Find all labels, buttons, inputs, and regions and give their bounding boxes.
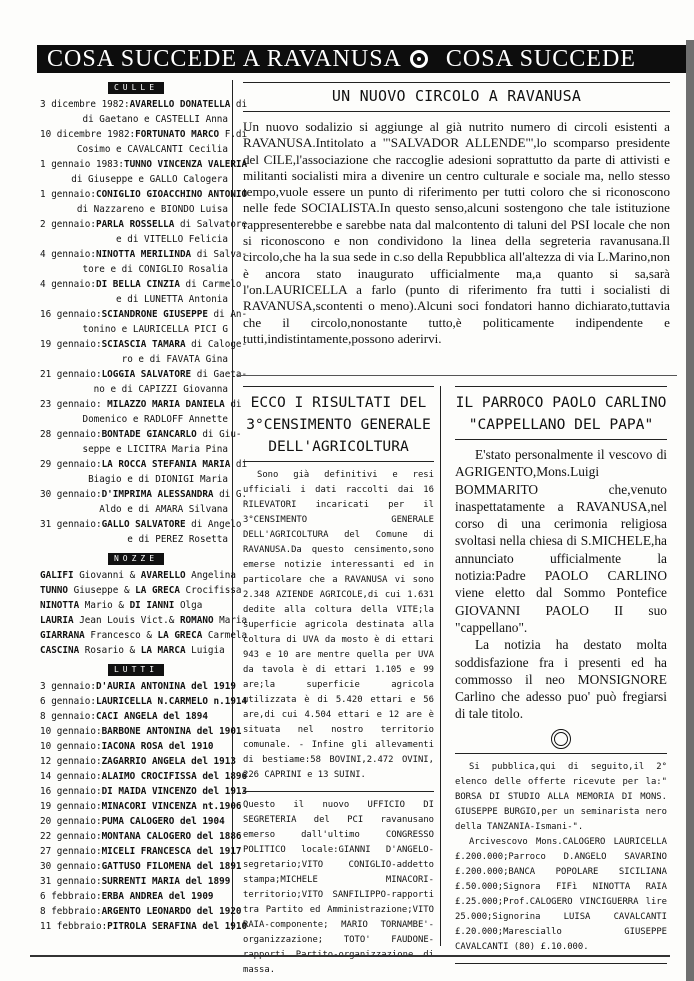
birth-date: 1 gennaio: xyxy=(40,189,96,200)
wedding-part: LA GRECA xyxy=(135,585,180,596)
deaths-list: 3 gennaio:D'AURIA ANTONINA del 19196 gen… xyxy=(40,679,232,934)
wedding-part: Giuseppe & xyxy=(68,585,135,596)
birth-line-1: 10 dicembre 1982:FORTUNATO MARCO F.di xyxy=(40,127,228,142)
birth-entry: 10 dicembre 1982:FORTUNATO MARCO F.diCos… xyxy=(40,127,232,157)
death-name: DI MAIDA VINCENZO del 1913 xyxy=(102,786,248,797)
death-name: ZAGARRIO ANGELA del 1913 xyxy=(102,756,236,767)
birth-line-2: di Nazzareno e BIONDO Luisa xyxy=(40,202,228,217)
death-entry: 12 gennaio:ZAGARRIO ANGELA del 1913 xyxy=(40,754,232,769)
birth-line-1: 19 gennaio:SCIASCIA TAMARA di Caloge- xyxy=(40,337,228,352)
article-title: ECCO I RISULTATI DEL 3°CENSIMENTO GENERA… xyxy=(243,387,434,461)
birth-line-1: 30 gennaio:D'IMPRIMA ALESSANDRA di G. xyxy=(40,487,228,502)
death-name: LAURICELLA N.CARMELO n.1914 xyxy=(96,696,247,707)
wedding-entry: LAURIA Jean Louis Vict.& ROMANO Maria xyxy=(40,613,232,628)
death-entry: 11 febbraio:PITROLA SERAFINA del 1910 xyxy=(40,919,232,934)
wedding-part: Crocifissa xyxy=(180,585,242,596)
birth-line-2: di Gaetano e CASTELLI Anna xyxy=(40,112,228,127)
birth-entry: 16 gennaio:SCIANDRONE GIUSEPPE di An-ton… xyxy=(40,307,232,337)
weddings-list: GALIFI Giovanni & AVARELLO AngelinaTUNNO… xyxy=(40,568,232,658)
birth-line-2: e di LUNETTA Antonia xyxy=(40,292,228,307)
birth-date: 16 gennaio: xyxy=(40,309,102,320)
birth-parents: di Giu- xyxy=(197,429,242,440)
birth-line-1: 29 gennaio:LA ROCCA STEFANIA MARIA di xyxy=(40,457,228,472)
birth-line-1: 16 gennaio:SCIANDRONE GIUSEPPE di An- xyxy=(40,307,228,322)
death-entry: 10 gennaio:IACONA ROSA del 1910 xyxy=(40,739,232,754)
death-entry: 19 gennaio:MINACORI VINCENZA nt.1906 xyxy=(40,799,232,814)
wedding-part: LA MARCA xyxy=(141,645,186,656)
death-name: MONTANA CALOGERO del 1886 xyxy=(102,831,242,842)
birth-name: NINOTTA MERILINDA xyxy=(96,249,191,260)
birth-parents: di An- xyxy=(208,309,247,320)
wedding-part: Carmela xyxy=(202,630,247,641)
death-name: ERBA ANDREA del 1909 xyxy=(102,891,214,902)
wedding-part: CASCINA xyxy=(40,645,79,656)
death-name: IACONA ROSA del 1910 xyxy=(102,741,214,752)
birth-entry: 28 gennaio:BONTADE GIANCARLO di Giu-sepp… xyxy=(40,427,232,457)
birth-name: CONIGLIO GIOACCHINO ANTONIO xyxy=(96,189,247,200)
birth-line-2: e di PEREZ Rosetta xyxy=(40,532,228,547)
wedding-entry: NINOTTA Mario & DI IANNI Olga xyxy=(40,598,232,613)
birth-line-2: tonino e LAURICELLA PICI G xyxy=(40,322,228,337)
birth-line-2: Biagio e di DIONIGI Maria xyxy=(40,472,228,487)
birth-entry: 4 gennaio:NINOTTA MERILINDA di Salva-tor… xyxy=(40,247,232,277)
death-name: ARGENTO LEONARDO del 1920 xyxy=(102,906,242,917)
birth-line-2: Cosimo e CAVALCANTI Cecilia xyxy=(40,142,228,157)
birth-line-2: seppe e LICITRA Maria Pina xyxy=(40,442,228,457)
wedding-part: Olga xyxy=(174,600,202,611)
death-entry: 30 gennaio:GATTUSO FILOMENA del 1891 xyxy=(40,859,232,874)
birth-date: 3 dicembre 1982: xyxy=(40,99,130,110)
divider xyxy=(237,375,677,376)
article-title: UN NUOVO CIRCOLO A RAVANUSA xyxy=(243,83,670,111)
pci-notice-body: Questo il nuovo UFFICIO DI SEGRETERIA de… xyxy=(243,792,434,978)
birth-entry: 4 gennaio:DI BELLA CINZIA di Carmeloe di… xyxy=(40,277,232,307)
death-entry: 8 febbraio:ARGENTO LEONARDO del 1920 xyxy=(40,904,232,919)
birth-line-1: 1 gennaio:CONIGLIO GIOACCHINO ANTONIO xyxy=(40,187,228,202)
wedding-part: LAURIA xyxy=(40,615,74,626)
masthead-title-repeat: COSA SUCCEDE xyxy=(446,46,636,73)
article-parroco: IL PARROCO PAOLO CARLINO "CAPPELLANO DEL… xyxy=(455,386,667,964)
birth-entry: 1 gennaio 1983:TUNNO VINCENZA VALERIAdi … xyxy=(40,157,232,187)
births-list: 3 dicembre 1982:AVARELLO DONATELLA didi … xyxy=(40,97,232,547)
birth-line-2: di Giuseppe e GALLO Calogera xyxy=(40,172,228,187)
wedding-entry: GALIFI Giovanni & AVARELLO Angelina xyxy=(40,568,232,583)
birth-line-1: 23 gennaio: MILAZZO MARIA DANIELA di xyxy=(40,397,228,412)
death-entry: 20 gennaio:PUMA CALOGERO del 1904 xyxy=(40,814,232,829)
birth-name: PARLA ROSSELLA xyxy=(96,219,174,230)
birth-line-2: e di VITELLO Felicia xyxy=(40,232,228,247)
birth-date: 10 dicembre 1982: xyxy=(40,129,135,140)
birth-entry: 19 gennaio:SCIASCIA TAMARA di Caloge-ro … xyxy=(40,337,232,367)
birth-name: D'IMPRIMA ALESSANDRA xyxy=(102,489,214,500)
birth-entry: 1 gennaio:CONIGLIO GIOACCHINO ANTONIOdi … xyxy=(40,187,232,217)
ornament-icon xyxy=(551,729,571,749)
target-emblem-icon xyxy=(410,50,428,68)
masthead-title: COSA SUCCEDE A RAVANUSA xyxy=(47,46,402,73)
birth-date: 31 gennaio: xyxy=(40,519,102,530)
birth-name: BONTADE GIANCARLO xyxy=(102,429,197,440)
wedding-entry: GIARRANA Francesco & LA GRECA Carmela xyxy=(40,628,232,643)
article-title: IL PARROCO PAOLO CARLINO "CAPPELLANO DEL… xyxy=(455,387,667,439)
death-name: PITROLA SERAFINA del 1910 xyxy=(107,921,247,932)
birth-entry: 2 gennaio:PARLA ROSSELLA di Salvatoree d… xyxy=(40,217,232,247)
birth-line-2: ro e di FAVATA Gina xyxy=(40,352,228,367)
death-entry: 8 gennaio:CACI ANGELA del 1894 xyxy=(40,709,232,724)
death-entry: 16 gennaio:DI MAIDA VINCENZO del 1913 xyxy=(40,784,232,799)
birth-line-1: 4 gennaio:NINOTTA MERILINDA di Salva- xyxy=(40,247,228,262)
offerte-intro: Si pubblica,qui di seguito,il 2° elenco … xyxy=(455,754,667,835)
wedding-part: Angelina xyxy=(186,570,236,581)
birth-line-2: Aldo e di AMARA Silvana xyxy=(40,502,228,517)
birth-entry: 23 gennaio: MILAZZO MARIA DANIELA diDome… xyxy=(40,397,232,427)
birth-parents: di Caloge- xyxy=(186,339,248,350)
death-name: ALAIMO CROCIFISSA del 1896 xyxy=(102,771,248,782)
birth-name: GALLO SALVATORE xyxy=(102,519,186,530)
death-entry: 6 febbraio:ERBA ANDREA del 1909 xyxy=(40,889,232,904)
birth-parents: di Salva- xyxy=(191,249,247,260)
birth-date: 19 gennaio: xyxy=(40,339,102,350)
article-circolo: UN NUOVO CIRCOLO A RAVANUSA Un nuovo sod… xyxy=(243,82,670,347)
death-entry: 3 gennaio:D'AURIA ANTONINA del 1919 xyxy=(40,679,232,694)
death-name: PUMA CALOGERO del 1904 xyxy=(102,816,225,827)
birth-name: SCIASCIA TAMARA xyxy=(102,339,186,350)
birth-name: LOGGIA SALVATORE xyxy=(102,369,192,380)
birth-line-1: 31 gennaio:GALLO SALVATORE di Angelo xyxy=(40,517,228,532)
birth-date: 1 gennaio 1983: xyxy=(40,159,124,170)
birth-date: 4 gennaio: xyxy=(40,249,96,260)
section-badge-culle: CULLE xyxy=(108,82,164,94)
bottom-rule xyxy=(30,955,670,957)
birth-entry: 21 gennaio:LOGGIA SALVATORE di Gaeta-no … xyxy=(40,367,232,397)
birth-name: LA ROCCA STEFANIA MARIA xyxy=(102,459,231,470)
section-badge-nozze: NOZZE xyxy=(108,553,164,565)
birth-line-2: tore e di CONIGLIO Rosalia xyxy=(40,262,228,277)
birth-name: SCIANDRONE GIUSEPPE xyxy=(102,309,208,320)
birth-name: FORTUNATO MARCO xyxy=(135,129,219,140)
article-body: E'stato personalmente il vescovo di AGRI… xyxy=(455,446,667,636)
birth-line-1: 2 gennaio:PARLA ROSSELLA di Salvatore xyxy=(40,217,228,232)
wedding-part: LA GRECA xyxy=(158,630,203,641)
death-entry: 31 gennaio:SURRENTI MARIA del 1899 xyxy=(40,874,232,889)
birth-date: 2 gennaio: xyxy=(40,219,96,230)
birth-line-2: no e di CAPIZZI Giovanna xyxy=(40,382,228,397)
death-entry: 10 gennaio:BARBONE ANTONINA del 1901 xyxy=(40,724,232,739)
wedding-part: GALIFI xyxy=(40,570,74,581)
birth-date: 28 gennaio: xyxy=(40,429,102,440)
wedding-part: ROMANO xyxy=(180,615,214,626)
birth-name: AVARELLO DONATELLA xyxy=(130,99,231,110)
death-name: SURRENTI MARIA del 1899 xyxy=(102,876,231,887)
birth-line-1: 4 gennaio:DI BELLA CINZIA di Carmelo xyxy=(40,277,228,292)
death-name: MICELI FRANCESCA del 1917 xyxy=(102,846,242,857)
death-name: BARBONE ANTONINA del 1901 xyxy=(102,726,242,737)
birth-entry: 30 gennaio:D'IMPRIMA ALESSANDRA di G.Ald… xyxy=(40,487,232,517)
birth-date: 30 gennaio: xyxy=(40,489,102,500)
wedding-entry: CASCINA Rosario & LA MARCA Luigia xyxy=(40,643,232,658)
wedding-part: Luigia xyxy=(186,645,225,656)
registry-column: CULLE 3 dicembre 1982:AVARELLO DONATELLA… xyxy=(40,80,233,930)
article-censimento: ECCO I RISULTATI DEL 3°CENSIMENTO GENERA… xyxy=(243,386,441,946)
birth-parents: di Salvatore xyxy=(174,219,247,230)
birth-name: TUNNO VINCENZA VALERIA xyxy=(124,159,247,170)
wedding-part: AVARELLO xyxy=(141,570,186,581)
birth-line-1: 1 gennaio 1983:TUNNO VINCENZA VALERIA xyxy=(40,157,228,172)
death-entry: 22 gennaio:MONTANA CALOGERO del 1886 xyxy=(40,829,232,844)
birth-entry: 29 gennaio:LA ROCCA STEFANIA MARIA diBia… xyxy=(40,457,232,487)
birth-entry: 3 dicembre 1982:AVARELLO DONATELLA didi … xyxy=(40,97,232,127)
wedding-part: DI IANNI xyxy=(130,600,175,611)
birth-date: 23 gennaio: xyxy=(40,399,107,410)
section-badge-lutti: LUTTI xyxy=(108,664,164,676)
death-entry: 14 gennaio:ALAIMO CROCIFISSA del 1896 xyxy=(40,769,232,784)
birth-parents: di xyxy=(225,399,242,410)
offerte-list: Arcivescovo Mons.CALOGERO LAURICELLA £.2… xyxy=(455,835,667,955)
birth-parents: di Carmelo xyxy=(180,279,242,290)
birth-entry: 31 gennaio:GALLO SALVATORE di Angeloe di… xyxy=(40,517,232,547)
wedding-part: Jean Louis Vict.& xyxy=(74,615,180,626)
wedding-part: TUNNO xyxy=(40,585,68,596)
birth-parents: di Angelo xyxy=(186,519,242,530)
page-edge-shadow xyxy=(686,40,694,981)
birth-line-2: Domenico e RADLOFF Annette xyxy=(40,412,228,427)
death-name: GATTUSO FILOMENA del 1891 xyxy=(102,861,242,872)
birth-date: 4 gennaio: xyxy=(40,279,96,290)
death-name: CACI ANGELA del 1894 xyxy=(96,711,208,722)
birth-name: MILAZZO MARIA DANIELA xyxy=(107,399,225,410)
article-body-2: La notizia ha destato molta soddisfazion… xyxy=(455,636,667,722)
wedding-entry: TUNNO Giuseppe & LA GRECA Crocifissa xyxy=(40,583,232,598)
birth-line-1: 28 gennaio:BONTADE GIANCARLO di Giu- xyxy=(40,427,228,442)
article-body: Un nuovo sodalizio si aggiunge al già nu… xyxy=(243,112,670,347)
birth-line-1: 21 gennaio:LOGGIA SALVATORE di Gaeta- xyxy=(40,367,228,382)
death-name: D'AURIA ANTONINA del 1919 xyxy=(96,681,236,692)
wedding-part: Rosario & xyxy=(79,645,141,656)
birth-name: DI BELLA CINZIA xyxy=(96,279,180,290)
birth-date: 29 gennaio: xyxy=(40,459,102,470)
death-entry: 6 gennaio:LAURICELLA N.CARMELO n.1914 xyxy=(40,694,232,709)
article-body: Sono già definitivi e resi ufficiali i d… xyxy=(243,462,434,783)
wedding-part: Giovanni & xyxy=(74,570,141,581)
death-entry: 27 gennaio:MICELI FRANCESCA del 1917 xyxy=(40,844,232,859)
death-name: MINACORI VINCENZA nt.1906 xyxy=(102,801,242,812)
birth-line-1: 3 dicembre 1982:AVARELLO DONATELLA di xyxy=(40,97,228,112)
masthead: COSA SUCCEDE A RAVANUSA COSA SUCCEDE xyxy=(37,45,694,73)
wedding-part: NINOTTA xyxy=(40,600,79,611)
wedding-part: GIARRANA xyxy=(40,630,85,641)
birth-date: 21 gennaio: xyxy=(40,369,102,380)
wedding-part: Mario & xyxy=(79,600,129,611)
wedding-part: Francesco & xyxy=(85,630,158,641)
